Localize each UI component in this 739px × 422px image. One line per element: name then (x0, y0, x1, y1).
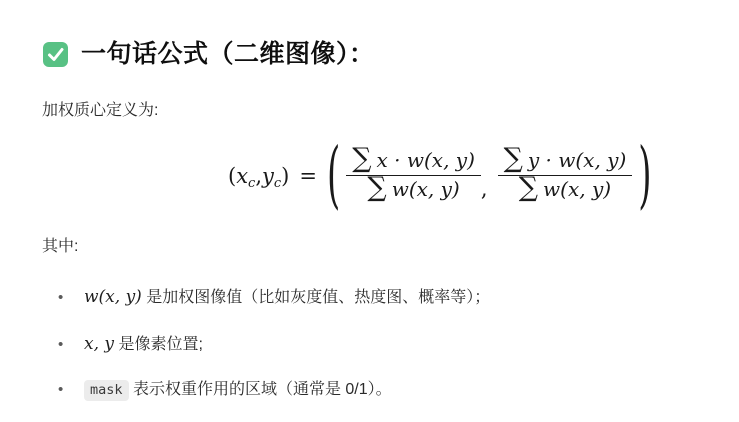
var-y: y (262, 164, 274, 188)
bullet-math: w(x, y) (84, 287, 142, 307)
inline-code-mask: mask (84, 380, 129, 401)
sum-symbol: ∑ (367, 177, 386, 200)
numerator-expression: x · w(x, y) (377, 148, 475, 172)
big-paren-open: ( (327, 139, 340, 212)
sum-symbol: ∑ (352, 148, 371, 171)
check-emoji-box (43, 42, 68, 67)
big-paren-close: ) (638, 139, 651, 212)
lhs-paren-open: ( (228, 164, 236, 188)
bullet-text: 是加权图像值（比如灰度值、热度图、概率等）； (142, 289, 490, 306)
bullet-marker: • (58, 333, 84, 358)
equals-sign: = (299, 164, 317, 188)
lhs-paren-close: ) (281, 164, 289, 188)
document-page: 一句话公式（二维图像）： 加权质心定义为: (xc, yc) = ( ∑ x ·… (0, 0, 739, 422)
denominator-expression: w(x, y) (543, 177, 611, 201)
sum-symbol: ∑ (519, 177, 538, 200)
check-mark-emoji-icon (42, 41, 69, 68)
var-x: x (236, 164, 248, 188)
math-formula: (xc, yc) = ( ∑ x · w(x, y) ∑ w(x, y) , ∑… (42, 135, 709, 217)
list-item-content: w(x, y) 是加权图像值（比如灰度值、热度图、概率等）； (84, 283, 490, 311)
bullet-list: • w(x, y) 是加权图像值（比如灰度值、热度图、概率等）； • x, y … (42, 283, 709, 404)
bullet-marker: • (58, 286, 84, 311)
list-item-content: mask 表示权重作用的区域（通常是 0/1）。 (84, 377, 392, 403)
lhs-comma: , (255, 164, 262, 188)
page-heading: 一句话公式（二维图像）： (42, 38, 709, 71)
fraction-x: ∑ x · w(x, y) ∑ w(x, y) (346, 147, 481, 204)
fraction-y-denominator: ∑ w(x, y) (513, 176, 617, 204)
math-lhs: (xc, yc) (228, 164, 289, 188)
list-item: • x, y 是像素位置; (42, 330, 709, 358)
bullet-text: 表示权重作用的区域（通常是 0/1）。 (129, 381, 392, 398)
list-item-content: x, y 是像素位置; (84, 330, 203, 358)
sum-symbol: ∑ (504, 148, 523, 171)
denominator-expression: w(x, y) (392, 177, 460, 201)
numerator-expression: y · w(x, y) (528, 148, 626, 172)
sub-c-x: c (248, 176, 255, 191)
page-title: 一句话公式（二维图像）： (81, 38, 375, 71)
fraction-x-numerator: ∑ x · w(x, y) (346, 147, 481, 175)
bullet-marker: • (58, 378, 84, 403)
bullet-text: 是像素位置; (114, 336, 203, 353)
list-item: • w(x, y) 是加权图像值（比如灰度值、热度图、概率等）； (42, 283, 709, 311)
section-label: 其中: (42, 235, 709, 259)
bullet-math: x, y (84, 334, 114, 354)
sub-c-y: c (274, 176, 281, 191)
fraction-y-numerator: ∑ y · w(x, y) (498, 147, 633, 175)
intro-text: 加权质心定义为: (42, 99, 709, 123)
list-item: • mask 表示权重作用的区域（通常是 0/1）。 (42, 377, 709, 403)
fraction-x-denominator: ∑ w(x, y) (361, 176, 465, 204)
fraction-separator: , (481, 177, 488, 201)
fraction-y: ∑ y · w(x, y) ∑ w(x, y) (498, 147, 633, 204)
